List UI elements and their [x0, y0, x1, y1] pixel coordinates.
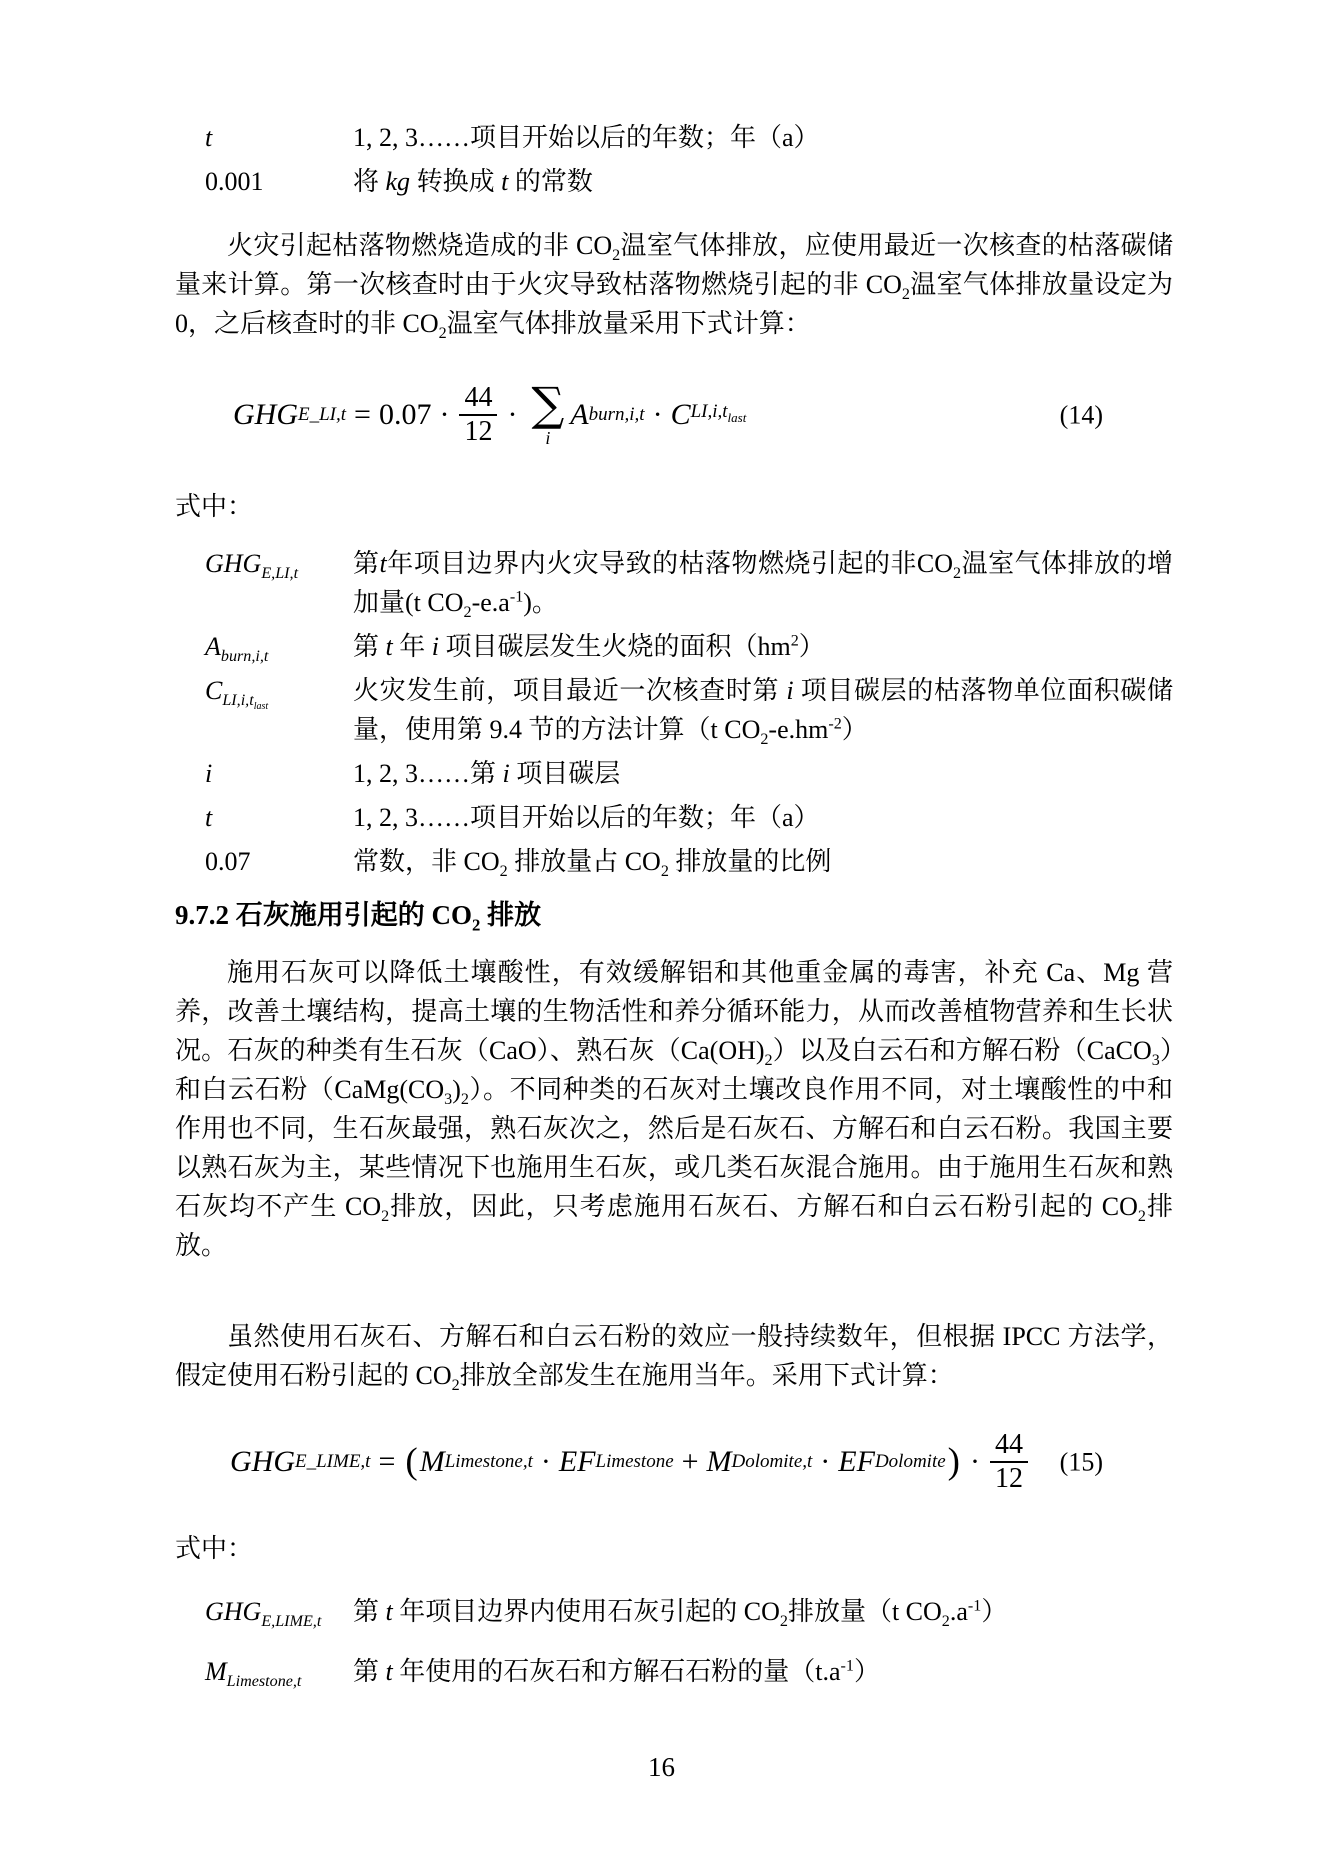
symbol-list-formula-15: GHGE,LIME,t 第 t 年项目边界内使用石灰引起的 CO2排放量（t C… [175, 1592, 1173, 1691]
symbol-term: GHGE,LI,t [205, 544, 353, 622]
symbol-list-top: t 1, 2, 3……项目开始以后的年数；年（a） 0.001 将 kg 转换成… [175, 118, 1173, 201]
where-label-2: 式中： [175, 1529, 1173, 1568]
symbol-list-formula-14: GHGE,LI,t 第t年项目边界内火灾导致的枯落物燃烧引起的非CO2温室气体排… [175, 544, 1173, 881]
symbol-definition: 第 t 年使用的石灰石和方解石石粉的量（t.a-1） [353, 1652, 1173, 1691]
definition-row: MLimestone,t 第 t 年使用的石灰石和方解石石粉的量（t.a-1） [205, 1652, 1173, 1691]
symbol-definition: 第t年项目边界内火灾导致的枯落物燃烧引起的非CO2温室气体排放的增加量(t CO… [353, 544, 1173, 622]
definition-row: GHGE,LIME,t 第 t 年项目边界内使用石灰引起的 CO2排放量（t C… [205, 1592, 1173, 1631]
formula-15: GHGE_LIME,t = ( MLimestone,t · EFLimesto… [230, 1431, 1030, 1493]
definition-row: t 1, 2, 3……项目开始以后的年数；年（a） [205, 798, 1173, 837]
definition-row: t 1, 2, 3……项目开始以后的年数；年（a） [205, 118, 1173, 157]
symbol-definition: 第 t 年 i 项目碳层发生火烧的面积（hm2） [353, 627, 1173, 666]
section-heading-9-7-2: 9.7.2 石灰施用引起的 CO2 排放 [175, 895, 1173, 935]
symbol-definition: 1, 2, 3……项目开始以后的年数；年（a） [353, 118, 1173, 157]
paragraph-lime-intro: 施用石灰可以降低土壤酸性，有效缓解铝和其他重金属的毒害，补充 Ca、Mg 营养，… [175, 953, 1173, 1265]
summation-operator: ∑i [531, 383, 564, 447]
symbol-definition: 1, 2, 3……第 i 项目碳层 [353, 754, 1173, 793]
document-page: t 1, 2, 3……项目开始以后的年数；年（a） 0.001 将 kg 转换成… [0, 0, 1323, 1691]
equation-number-14: (14) [1060, 396, 1103, 435]
definition-row: CLI,i,tlast 火灾发生前，项目最近一次核查时第 i 项目碳层的枯落物单… [205, 671, 1173, 749]
paragraph-fire-emissions: 火灾引起枯落物燃烧造成的非 CO2温室气体排放，应使用最近一次核查的枯落碳储量来… [175, 226, 1173, 343]
symbol-term: MLimestone,t [205, 1652, 353, 1691]
symbol-term: 0.001 [205, 162, 353, 201]
symbol-definition: 火灾发生前，项目最近一次核查时第 i 项目碳层的枯落物单位面积碳储量，使用第 9… [353, 671, 1173, 749]
paragraph-ipcc-method: 虽然使用石灰石、方解石和白云石粉的效应一般持续数年，但根据 IPCC 方法学，假… [175, 1317, 1173, 1395]
symbol-definition: 第 t 年项目边界内使用石灰引起的 CO2排放量（t CO2.a-1） [353, 1592, 1173, 1631]
definition-row: GHGE,LI,t 第t年项目边界内火灾导致的枯落物燃烧引起的非CO2温室气体排… [205, 544, 1173, 622]
definition-row: Aburn,i,t 第 t 年 i 项目碳层发生火烧的面积（hm2） [205, 627, 1173, 666]
equation-14: GHGE_LI,t = 0.07 · 4412 · ∑i Aburn,i,t ·… [175, 351, 1173, 479]
fraction-44-12: 4412 [459, 384, 497, 446]
open-paren: ( [405, 1443, 417, 1480]
definition-row: 0.001 将 kg 转换成 t 的常数 [205, 162, 1173, 201]
symbol-term: t [205, 798, 353, 837]
symbol-term: i [205, 754, 353, 793]
symbol-definition: 常数，非 CO2 排放量占 CO2 排放量的比例 [353, 842, 1173, 881]
symbol-term: 0.07 [205, 842, 353, 881]
where-label-1: 式中： [175, 487, 1173, 526]
page-number: 16 [0, 1752, 1323, 1783]
symbol-definition: 将 kg 转换成 t 的常数 [353, 162, 1173, 201]
equation-15: GHGE_LIME,t = ( MLimestone,t · EFLimesto… [175, 1403, 1173, 1521]
definition-row: 0.07 常数，非 CO2 排放量占 CO2 排放量的比例 [205, 842, 1173, 881]
symbol-term: Aburn,i,t [205, 627, 353, 666]
formula-14: GHGE_LI,t = 0.07 · 4412 · ∑i Aburn,i,t ·… [233, 383, 746, 447]
symbol-term: GHGE,LIME,t [205, 1592, 353, 1631]
symbol-term: CLI,i,tlast [205, 671, 353, 749]
symbol-term: t [205, 118, 353, 157]
equation-number-15: (15) [1060, 1443, 1103, 1482]
fraction-44-12: 4412 [990, 1431, 1028, 1493]
definition-row: i 1, 2, 3……第 i 项目碳层 [205, 754, 1173, 793]
symbol-definition: 1, 2, 3……项目开始以后的年数；年（a） [353, 798, 1173, 837]
close-paren: ) [948, 1443, 960, 1480]
